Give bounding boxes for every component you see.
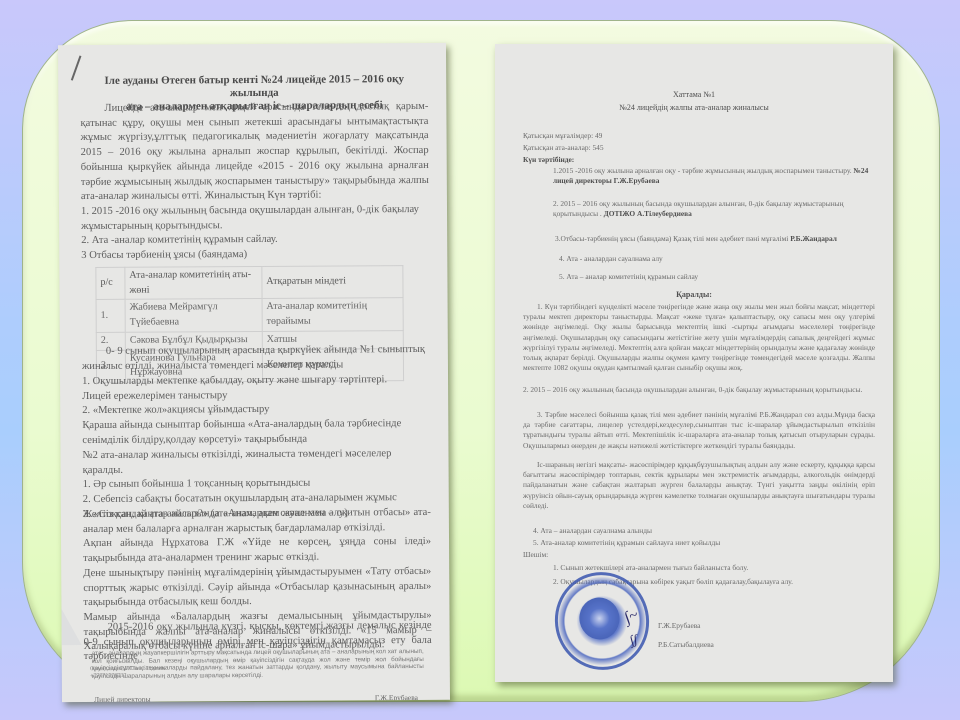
resolved-paragraph: 5. Ата-аналар комитетінің құрамын сайлау…: [533, 538, 875, 548]
agenda-speaker: Р.Б.Жандарал: [790, 234, 837, 243]
minutes-agenda-item: 4. Ата - аналардан сауалнама алу: [559, 254, 875, 264]
meeting-item: Қараша айында сыныптар бойынша «Ата-анал…: [82, 417, 430, 449]
agenda-heading: Күн тәртібінде:: [523, 154, 875, 166]
page-fold-corner: [59, 605, 81, 645]
table-row: 1. Жабиева Мейрамгүл Түйебаевна Ата-анал…: [96, 298, 403, 332]
signatory-name: Г.Ж.Ерубаева: [658, 621, 875, 631]
agenda-item: 3 Отбасы тәрбиенің ұясы (баяндама): [81, 247, 429, 264]
event-paragraph: Ақпан айында Нұрхатова Г.Ж «Үйде не көрс…: [83, 535, 431, 567]
report-title-line1: Іле ауданы Өтеген батыр кенті №24 лицейд…: [80, 73, 428, 101]
table-header-cell: Атқаратын міндеті: [262, 266, 403, 299]
agenda-speaker: ДОТІЖО А.Тілеубердиева: [604, 209, 692, 218]
resolved-heading: Қаралды:: [495, 290, 893, 299]
meeting1-items: 1. Оқушыларды мектепке қабылдау, оқыту ж…: [82, 373, 430, 449]
teachers-attended: Қатысқан мұғалімдер: 49: [523, 130, 875, 142]
minutes-agenda-item: 3.Отбасы-тәрбиенің ұясы (баяндама) Қазақ…: [555, 234, 875, 244]
minutes-agenda-item: 2. 2015 – 2016 оқу жылының басында оқушы…: [553, 199, 875, 219]
resolved-paragraph: Іс-шараның негізгі мақсаты- жасөспірімде…: [523, 460, 875, 511]
table-header-row: р/с Ата-аналар комитетінің аты-жөні Атқа…: [96, 266, 403, 300]
table-cell: Ата-аналар комитетінің төрайымы: [262, 298, 403, 331]
minutes-subtitle: №24 лицейдің жалпы ата-аналар жиналысы: [495, 103, 893, 112]
signature-role: Лицей директоры: [94, 693, 151, 703]
agenda-text: 2. 2015 – 2016 оқу жылының басында оқушы…: [553, 199, 844, 218]
resolved-paragraph: 2. 2015 – 2016 оқу жылының басында оқушы…: [523, 385, 875, 395]
executor-note: Орындаған:Р.Б.Сатыбалдиева +77071378737: [90, 666, 166, 680]
minutes-document-page: Хаттама №1 №24 лицейдің жалпы ата-аналар…: [495, 44, 893, 682]
resolved-paragraph: 4. Ата – аналардан сауалнама алынды: [533, 526, 875, 536]
event-paragraph: Желтоқсан, қаңтар айларында «Анам, әкем …: [83, 506, 431, 538]
attendance: Қатысқан мұғалімдер: 49 Қатысқан ата-ана…: [523, 130, 875, 166]
minutes-agenda-item: 1.2015 -2016 оқу жылына арналған оқу - т…: [553, 166, 875, 186]
meeting1-intro: 0- 9 сынып оқушыларының арасында қыркүйе…: [82, 343, 430, 375]
minutes-title: Хаттама №1: [495, 90, 893, 99]
agenda-item: 1. 2015 -2016 оқу жылының басында оқушыл…: [81, 203, 429, 235]
table-cell: Жабиева Мейрамгүл Түйебаевна: [125, 299, 262, 332]
meeting2-intro: №2 ата-аналар жиналысы өткізілді, жиналы…: [82, 447, 430, 479]
report-agenda: 1. 2015 -2016 оқу жылының басында оқушыл…: [81, 203, 429, 264]
parents-attended: Қатысқан ата-аналар: 545: [523, 142, 875, 154]
report-intro: Лицейде ата-аналар мен лицей арасында те…: [80, 100, 429, 205]
executor-name: Орындаған:Р.Б.Сатыбалдиева: [90, 666, 166, 673]
meeting-item: 1. Оқушыларды мектепке қабылдау, оқыту ж…: [82, 373, 430, 390]
agenda-text: 3.Отбасы-тәрбиенің ұясы (баяндама) Қазақ…: [555, 234, 788, 243]
signatory-name: Р.Б.Сатыбалдиева: [658, 640, 875, 650]
executor-phone: +77071378737: [90, 673, 166, 680]
event-paragraph: Дене шынықтыру пәнінің мұғалімдерінің ұй…: [83, 565, 431, 611]
resolved-paragraph: 1. Күн тәртібіндегі күнделікті мәселе тө…: [523, 302, 875, 373]
agenda-text: 1.2015 -2016 оқу жылына арналған оқу - т…: [553, 166, 852, 175]
report-document-page: Іле ауданы Өтеген батыр кенті №24 лицейд…: [58, 43, 450, 702]
emblem-icon: [575, 594, 623, 643]
table-header-cell: Ата-аналар комитетінің аты-жөні: [125, 266, 262, 299]
minutes-agenda-item: 5. Ата – аналар комитетінің құрамын сайл…: [559, 272, 875, 282]
table-cell: 1.: [96, 300, 125, 333]
table-header-cell: р/с: [96, 267, 125, 300]
resolved-paragraph: 3. Тәрбие мәселесі бойынша қазақ тілі ме…: [523, 410, 875, 451]
decision-heading: Шешім:: [523, 550, 875, 560]
